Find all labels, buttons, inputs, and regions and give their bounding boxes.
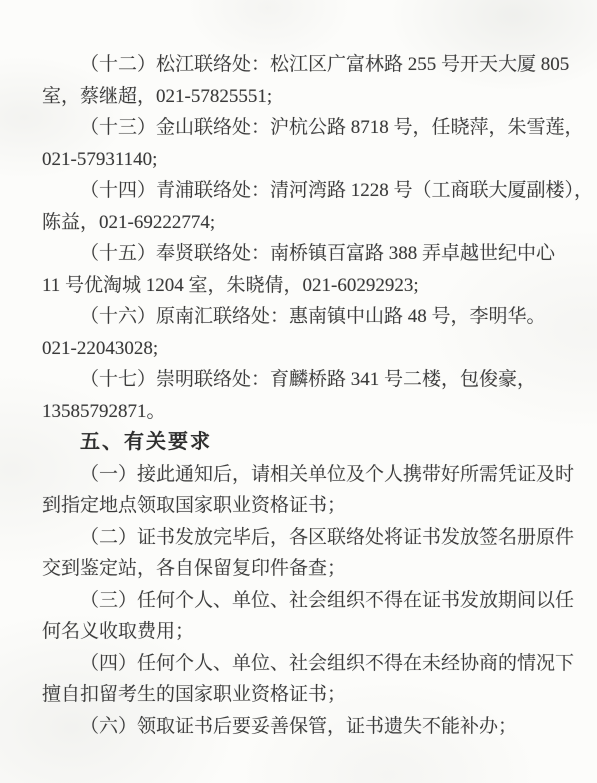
liaison-entry-chongming: （十七）崇明联络处：育麟桥路 341 号二楼，包俊豪， 13585792871。 bbox=[42, 364, 575, 427]
requirement-item-2: （二）证书发放完毕后，各区联络处将证书发放签名册原件 交到鉴定站，各自保留复印件… bbox=[42, 522, 575, 585]
doc-line: 021-22043028; bbox=[42, 333, 575, 365]
doc-line: 13585792871。 bbox=[42, 396, 575, 428]
doc-line: 室，蔡继超，021-57825551; bbox=[42, 81, 575, 113]
doc-line: 擅自扣留考生的国家职业资格证书； bbox=[42, 679, 575, 711]
liaison-entry-fengxian: （十五）奉贤联络处：南桥镇百富路 388 弄卓越世纪中心 11 号优淘城 120… bbox=[42, 238, 575, 301]
liaison-entry-jinshan: （十三）金山联络处：沪杭公路 8718 号，任晓萍，朱雪莲， 021-57931… bbox=[42, 112, 575, 175]
liaison-entry-songjiang: （十二）松江联络处：松江区广富林路 255 号开天大厦 805 室，蔡继超，02… bbox=[42, 49, 575, 112]
doc-line: （三）任何个人、单位、社会组织不得在证书发放期间以任 bbox=[42, 585, 575, 617]
document-content: （十二）松江联络处：松江区广富林路 255 号开天大厦 805 室，蔡继超，02… bbox=[42, 49, 575, 742]
section-heading-requirements: 五、有关要求 bbox=[42, 427, 575, 459]
doc-line: 021-57931140; bbox=[42, 144, 575, 176]
requirement-item-4: （四）任何个人、单位、社会组织不得在未经协商的情况下 擅自扣留考生的国家职业资格… bbox=[42, 648, 575, 711]
doc-line: （二）证书发放完毕后，各区联络处将证书发放签名册原件 bbox=[42, 522, 575, 554]
doc-line: （一）接此通知后，请相关单位及个人携带好所需凭证及时 bbox=[42, 459, 575, 491]
requirement-item-1: （一）接此通知后，请相关单位及个人携带好所需凭证及时 到指定地点领取国家职业资格… bbox=[42, 459, 575, 522]
doc-line: 陈益，021-69222774; bbox=[42, 207, 575, 239]
section-heading: 五、有关要求 bbox=[42, 427, 575, 459]
liaison-entry-nanhui: （十六）原南汇联络处：惠南镇中山路 48 号，李明华。 021-22043028… bbox=[42, 301, 575, 364]
doc-line: （十六）原南汇联络处：惠南镇中山路 48 号，李明华。 bbox=[42, 301, 575, 333]
doc-line: （六）领取证书后要妥善保管，证书遗失不能补办； bbox=[42, 711, 575, 743]
doc-line: （四）任何个人、单位、社会组织不得在未经协商的情况下 bbox=[42, 648, 575, 680]
scanned-notice-page: （十二）松江联络处：松江区广富林路 255 号开天大厦 805 室，蔡继超，02… bbox=[0, 0, 597, 783]
doc-line: （十五）奉贤联络处：南桥镇百富路 388 弄卓越世纪中心 bbox=[42, 238, 575, 270]
doc-line: 11 号优淘城 1204 室，朱晓倩，021-60292923; bbox=[42, 270, 575, 302]
requirement-item-3: （三）任何个人、单位、社会组织不得在证书发放期间以任 何名义收取费用； bbox=[42, 585, 575, 648]
doc-line: 到指定地点领取国家职业资格证书； bbox=[42, 490, 575, 522]
doc-line: 交到鉴定站，各自保留复印件备查； bbox=[42, 553, 575, 585]
doc-line: （十七）崇明联络处：育麟桥路 341 号二楼，包俊豪， bbox=[42, 364, 575, 396]
requirement-item-6: （六）领取证书后要妥善保管，证书遗失不能补办； bbox=[42, 711, 575, 743]
doc-line: （十二）松江联络处：松江区广富林路 255 号开天大厦 805 bbox=[42, 49, 575, 81]
liaison-entry-qingpu: （十四）青浦联络处：清河湾路 1228 号（工商联大厦副楼）， 陈益，021-6… bbox=[42, 175, 575, 238]
doc-line: （十四）青浦联络处：清河湾路 1228 号（工商联大厦副楼）， bbox=[42, 175, 575, 207]
doc-line: （十三）金山联络处：沪杭公路 8718 号，任晓萍，朱雪莲， bbox=[42, 112, 575, 144]
doc-line: 何名义收取费用； bbox=[42, 616, 575, 648]
